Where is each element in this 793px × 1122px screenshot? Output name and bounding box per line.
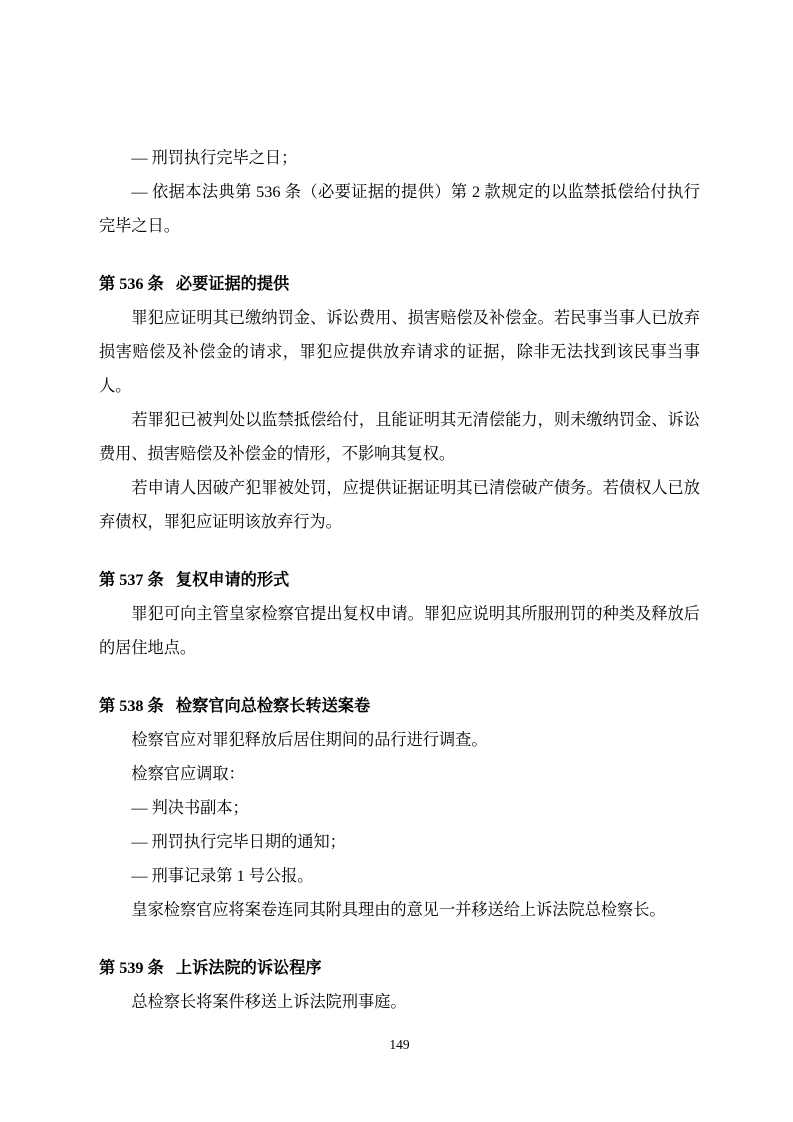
dash-list-item: — 刑事记录第 1 号公报。 xyxy=(99,859,700,893)
paragraph: 总检察长将案件移送上诉法院刑事庭。 xyxy=(99,985,700,1019)
paragraph: 罪犯可向主管皇家检察官提出复权申请。罪犯应说明其所服刑罚的种类及释放后的居住地点… xyxy=(99,597,700,665)
article-title: 复权申请的形式 xyxy=(176,571,289,589)
page-number: 149 xyxy=(99,1035,700,1055)
article-title: 必要证据的提供 xyxy=(176,275,289,293)
article-title: 上诉法院的诉讼程序 xyxy=(176,959,322,977)
dash-list-item: — 依据本法典第 536 条（必要证据的提供）第 2 款规定的以监禁抵偿给付执行… xyxy=(99,175,700,243)
paragraph: 若罪犯已被判处以监禁抵偿给付，且能证明其无清偿能力，则未缴纳罚金、诉讼费用、损害… xyxy=(99,403,700,471)
article-number: 第 538 条 xyxy=(99,697,164,715)
article-number: 第 536 条 xyxy=(99,275,164,293)
article-heading-537: 第 537 条复权申请的形式 xyxy=(99,563,700,597)
article-heading-536: 第 536 条必要证据的提供 xyxy=(99,267,700,301)
document-page: — 刑罚执行完毕之日； — 依据本法典第 536 条（必要证据的提供）第 2 款… xyxy=(0,0,793,1122)
page-content: — 刑罚执行完毕之日； — 依据本法典第 536 条（必要证据的提供）第 2 款… xyxy=(99,141,700,1019)
paragraph: 若申请人因破产犯罪被处罚，应提供证据证明其已清偿破产债务。若债权人已放弃债权，罪… xyxy=(99,471,700,539)
paragraph: 检察官应对罪犯释放后居住期间的品行进行调查。 xyxy=(99,723,700,757)
dash-list-item: — 判决书副本； xyxy=(99,791,700,825)
paragraph: 皇家检察官应将案卷连同其附具理由的意见一并移送给上诉法院总检察长。 xyxy=(99,893,700,927)
article-heading-538: 第 538 条检察官向总检察长转送案卷 xyxy=(99,689,700,723)
article-number: 第 537 条 xyxy=(99,571,164,589)
paragraph: 检察官应调取： xyxy=(99,757,700,791)
article-title: 检察官向总检察长转送案卷 xyxy=(176,697,370,715)
dash-list-item: — 刑罚执行完毕日期的通知； xyxy=(99,825,700,859)
article-number: 第 539 条 xyxy=(99,959,164,977)
dash-list-item: — 刑罚执行完毕之日； xyxy=(99,141,700,175)
paragraph: 罪犯应证明其已缴纳罚金、诉讼费用、损害赔偿及补偿金。若民事当事人已放弃损害赔偿及… xyxy=(99,301,700,403)
article-heading-539: 第 539 条上诉法院的诉讼程序 xyxy=(99,951,700,985)
